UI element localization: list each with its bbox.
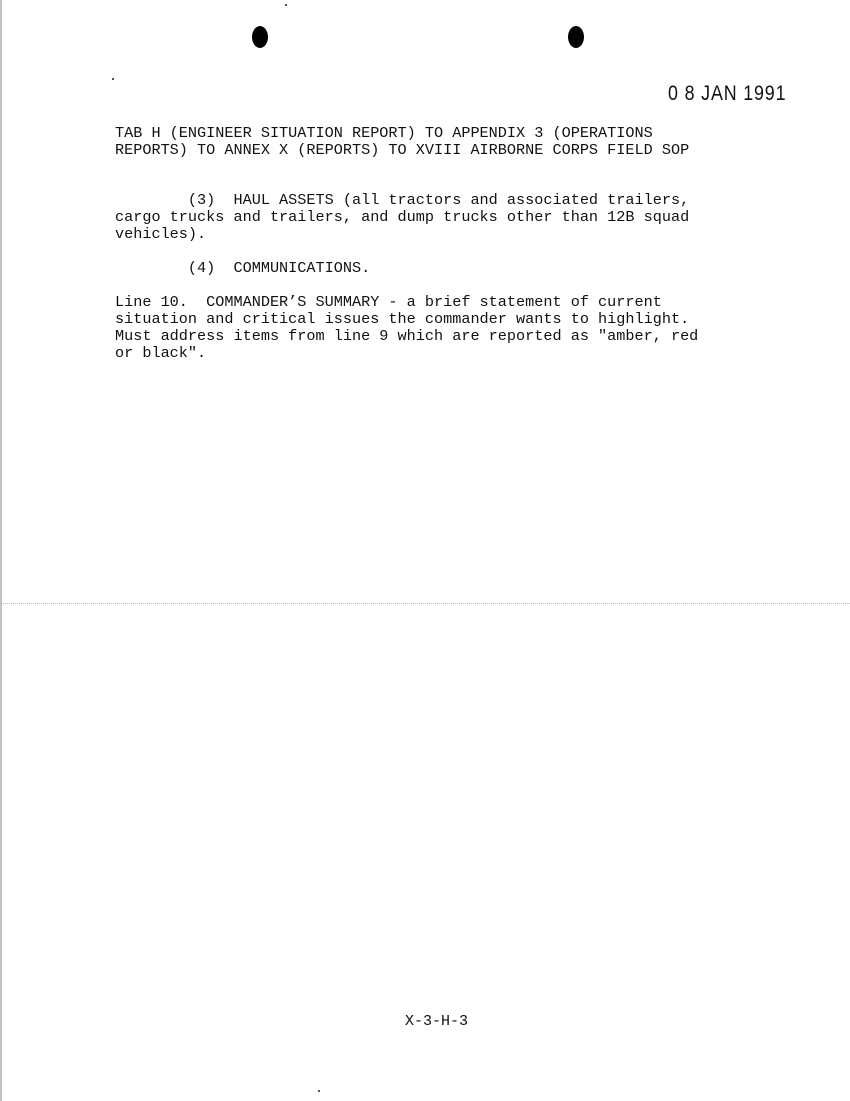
text-line: Line 10. COMMANDER’S SUMMARY - a brief s… (115, 294, 698, 311)
scan-speck (318, 1090, 320, 1092)
text-line: cargo trucks and trailers, and dump truc… (115, 209, 689, 226)
item-4-communications: (4) COMMUNICATIONS. (115, 260, 370, 277)
document-title: TAB H (ENGINEER SITUATION REPORT) TO APP… (115, 125, 689, 159)
text-line: (3) HAUL ASSETS (all tractors and associ… (115, 192, 689, 209)
title-line: TAB H (ENGINEER SITUATION REPORT) TO APP… (115, 125, 689, 142)
item-3-haul-assets: (3) HAUL ASSETS (all tractors and associ… (115, 192, 689, 243)
scan-speck (112, 78, 114, 80)
text-line: Must address items from line 9 which are… (115, 328, 698, 345)
scan-speck (285, 4, 287, 6)
scan-noise (0, 603, 850, 605)
text-line: situation and critical issues the comman… (115, 311, 698, 328)
text-line: vehicles). (115, 226, 689, 243)
punch-hole-right (568, 26, 584, 48)
title-line: REPORTS) TO ANNEX X (REPORTS) TO XVIII A… (115, 142, 689, 159)
text-line: or black". (115, 345, 698, 362)
date-stamp: 0 8 JAN 1991 (668, 82, 786, 106)
page-number: X-3-H-3 (405, 1013, 468, 1030)
line-10-commanders-summary: Line 10. COMMANDER’S SUMMARY - a brief s… (115, 294, 698, 362)
scan-edge (0, 0, 2, 1101)
punch-hole-left (252, 26, 268, 48)
